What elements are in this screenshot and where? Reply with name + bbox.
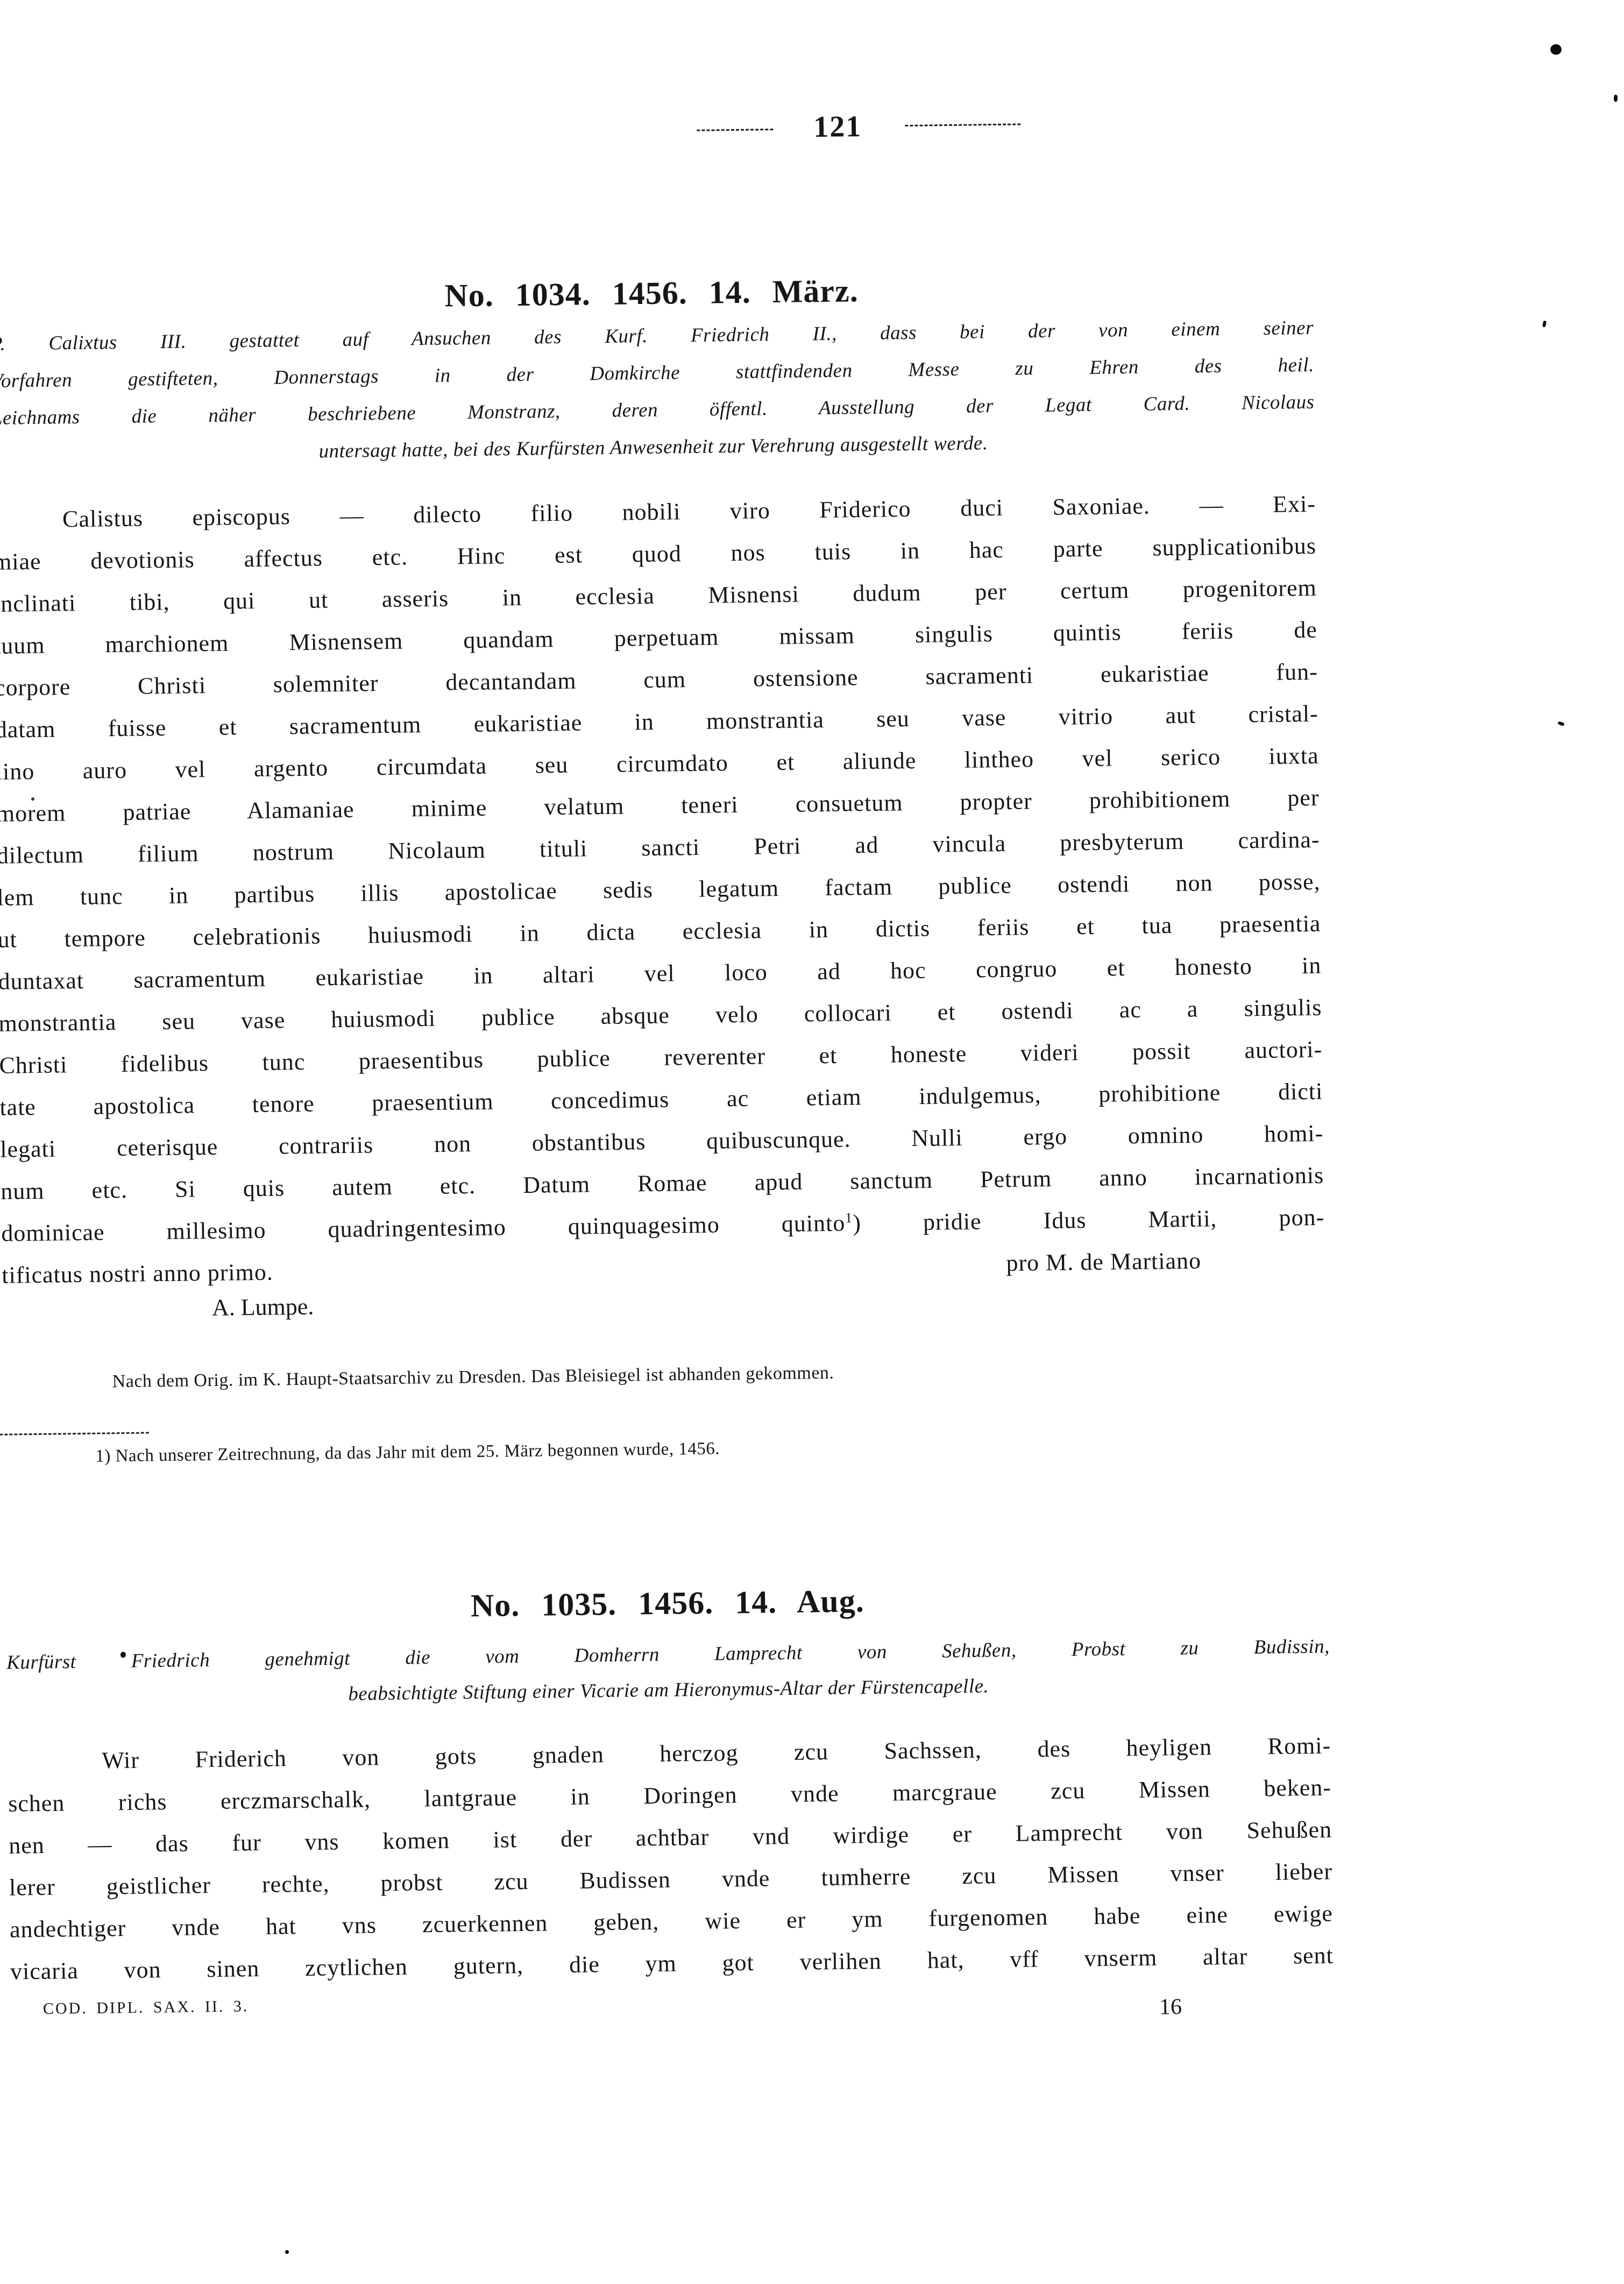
doc1-summary: P. Calixtus III. gestattet auf Ansuchen … [0,309,1315,474]
page-number: 121 [795,109,881,145]
footnote-marker: 1 [845,1210,853,1226]
ink-spot [1550,44,1562,55]
doc1-body: Calistus episcopus — dilecto filio nobil… [0,483,1325,1297]
header-right-rule [905,123,1020,126]
scan-artifact-dot [120,1652,126,1658]
scan-artifact-dot [31,797,34,801]
body-line-pre: dominicae millesimo quadringentesimo qui… [1,1210,846,1247]
scanned-book-page: 121 No. 1034. 1456. 14. März. P. Calixtu… [0,0,1624,2284]
chancery-signature: pro M. de Martiano [1006,1240,1202,1284]
page-content: 121 No. 1034. 1456. 14. März. P. Calixtu… [0,0,1624,2284]
doc2-heading: No. 1035. 1456. 14. Aug. [5,1574,1329,1633]
body-line-post: ) pridie Idus Martii, pon- [853,1204,1324,1236]
doc1-source-note: Nach dem Orig. im K. Haupt-Staatsarchiv … [112,1351,1327,1398]
scan-artifact-dot [285,2250,289,2254]
doc1-footnote: 1) Nach unserer Zeitrechnung, da das Jah… [95,1426,1328,1472]
doc2-body: Wir Friderich von gots gnaden herczog zc… [8,1725,1334,1993]
scan-artifact-dot [1614,95,1618,102]
header-left-rule [697,129,773,131]
sheet-number: 16 [1159,1978,1624,2020]
closing-words: tificatus nostri anno primo. [2,1259,273,1289]
footnote-separator-rule [0,1432,149,1436]
doc2-summary: Kurfürst Friedrich genehmigt die vom Dom… [6,1629,1330,1716]
